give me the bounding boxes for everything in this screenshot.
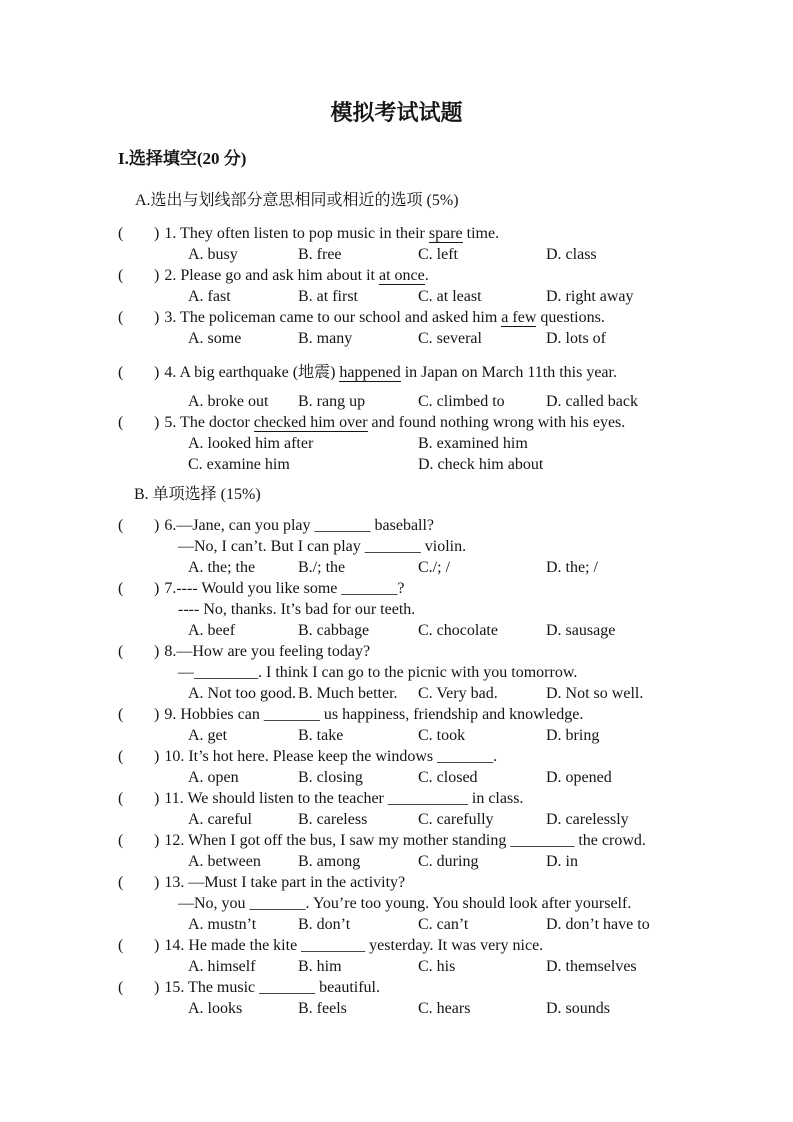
answer-bracket-open: (	[118, 872, 154, 893]
text-segment: 11. We should listen to the teacher ____…	[164, 790, 523, 807]
option-a: A. some	[188, 328, 298, 349]
option-a: A. the; the	[188, 557, 298, 578]
text-segment: 14. He made the kite ________ yesterday.…	[164, 937, 543, 954]
option-a: A. mustn’t	[188, 914, 298, 935]
question-line: ()12. When I got off the bus, I saw my m…	[118, 830, 793, 851]
answer-bracket-open: (	[118, 704, 154, 725]
question-continuation-line: —No, you _______. You’re too young. You …	[178, 893, 793, 914]
answer-bracket-open: (	[118, 265, 154, 286]
question-text: 8.—How are you feeling today?	[159, 643, 370, 660]
options-row: A. the; theB./; theC./; /D. the; /	[188, 557, 793, 578]
question-block: ()12. When I got off the bus, I saw my m…	[0, 830, 793, 872]
text-segment: 12. When I got off the bus, I saw my mot…	[164, 832, 646, 849]
option-a: A. beef	[188, 620, 298, 641]
text-segment: 5. The doctor	[164, 414, 253, 431]
option-a: A. fast	[188, 286, 298, 307]
text-segment: time.	[463, 225, 499, 242]
question-text: 12. When I got off the bus, I saw my mot…	[159, 832, 646, 849]
question-text: 11. We should listen to the teacher ____…	[159, 790, 523, 807]
option-b: B. rang up	[298, 391, 418, 412]
question-block: ()2. Please go and ask him about it at o…	[0, 265, 793, 307]
option-c: C. chocolate	[418, 620, 546, 641]
option-c: C./; /	[418, 557, 546, 578]
question-text: 13. —Must I take part in the activity?	[159, 874, 405, 891]
option-d: D. don’t have to	[546, 914, 650, 935]
question-line: ()10. It’s hot here. Please keep the win…	[118, 746, 793, 767]
answer-bracket-open: (	[118, 578, 154, 599]
question-block: ()1. They often listen to pop music in t…	[0, 223, 793, 265]
text-segment: in Japan on March 11th this year.	[401, 364, 617, 381]
part-b-questions: ()6.—Jane, can you play _______ baseball…	[0, 515, 793, 1019]
question-line: ()8.—How are you feeling today?	[118, 641, 793, 662]
option-c: C. hears	[418, 998, 546, 1019]
question-text: 10. It’s hot here. Please keep the windo…	[159, 748, 497, 765]
option-b: B. him	[298, 956, 418, 977]
text-segment: 8.—How are you feeling today?	[164, 643, 370, 660]
option-a: A. busy	[188, 244, 298, 265]
option-b: B./; the	[298, 557, 418, 578]
option-b: B. take	[298, 725, 418, 746]
question-line: ()1. They often listen to pop music in t…	[118, 223, 793, 244]
part-b-heading: B. 单项选择 (15%)	[134, 484, 793, 505]
option-b: B. at first	[298, 286, 418, 307]
answer-bracket-open: (	[118, 307, 154, 328]
text-segment: —No, I can’t. But I can play _______ vio…	[178, 538, 466, 555]
option-a: A. careful	[188, 809, 298, 830]
question-line: ()9. Hobbies can _______ us happiness, f…	[118, 704, 793, 725]
exam-title: 模拟考试试题	[0, 0, 793, 126]
option-a: A. looks	[188, 998, 298, 1019]
option-c: C. examine him	[188, 454, 418, 475]
text-segment: 2. Please go and ask him about it	[164, 267, 379, 284]
option-d: D. Not so well.	[546, 683, 643, 704]
question-line: ()4. A big earthquake (地震) happened in J…	[118, 362, 793, 383]
text-segment: 4. A big earthquake (地震)	[164, 364, 339, 381]
question-block: ()8.—How are you feeling today?—________…	[0, 641, 793, 704]
options-row: A. mustn’tB. don’tC. can’tD. don’t have …	[188, 914, 793, 935]
text-segment: 13. —Must I take part in the activity?	[164, 874, 405, 891]
question-text: 9. Hobbies can _______ us happiness, fri…	[159, 706, 583, 723]
answer-bracket-open: (	[118, 746, 154, 767]
underlined-phrase: checked him over	[254, 414, 368, 432]
text-segment: —No, you _______. You’re too young. You …	[178, 895, 631, 912]
text-segment: 1. They often listen to pop music in the…	[164, 225, 429, 242]
options-row: A. looked him afterB. examined him	[188, 433, 793, 454]
options-row: A. carefulB. carelessC. carefullyD. care…	[188, 809, 793, 830]
option-b: B. many	[298, 328, 418, 349]
section-1-heading: I.选择填空(20 分)	[118, 148, 793, 170]
option-d: D. sausage	[546, 620, 615, 641]
question-block: ()6.—Jane, can you play _______ baseball…	[0, 515, 793, 578]
option-a: A. looked him after	[188, 433, 418, 454]
option-b: B. careless	[298, 809, 418, 830]
question-block: ()14. He made the kite ________ yesterda…	[0, 935, 793, 977]
option-d: D. in	[546, 851, 578, 872]
option-c: C. Very bad.	[418, 683, 546, 704]
option-b: B. don’t	[298, 914, 418, 935]
question-block: ()5. The doctor checked him over and fou…	[0, 412, 793, 475]
part-a-heading: A.选出与划线部分意思相同或相近的选项 (5%)	[135, 190, 793, 211]
options-row: A. getB. takeC. tookD. bring	[188, 725, 793, 746]
options-row: A. fastB. at firstC. at leastD. right aw…	[188, 286, 793, 307]
underlined-phrase: a few	[501, 309, 536, 327]
option-a: A. get	[188, 725, 298, 746]
options-row: C. examine himD. check him about	[188, 454, 793, 475]
question-line: ()14. He made the kite ________ yesterda…	[118, 935, 793, 956]
text-segment: 10. It’s hot here. Please keep the windo…	[164, 748, 497, 765]
option-b: B. cabbage	[298, 620, 418, 641]
underlined-phrase: spare	[429, 225, 463, 243]
text-segment: 3. The policeman came to our school and …	[164, 309, 501, 326]
question-block: ()13. —Must I take part in the activity?…	[0, 872, 793, 935]
option-a: A. Not too good.	[188, 683, 298, 704]
question-line: ()11. We should listen to the teacher __…	[118, 788, 793, 809]
question-continuation-line: —No, I can’t. But I can play _______ vio…	[178, 536, 793, 557]
option-d: D. the; /	[546, 557, 598, 578]
question-block: ()11. We should listen to the teacher __…	[0, 788, 793, 830]
question-block: ()3. The policeman came to our school an…	[0, 307, 793, 349]
option-a: A. open	[188, 767, 298, 788]
text-segment: .	[425, 267, 429, 284]
option-d: D. bring	[546, 725, 599, 746]
options-row: A. busyB. freeC. leftD. class	[188, 244, 793, 265]
options-row: A. someB. manyC. severalD. lots of	[188, 328, 793, 349]
option-b: B. among	[298, 851, 418, 872]
answer-bracket-open: (	[118, 412, 154, 433]
option-d: D. themselves	[546, 956, 637, 977]
text-segment: 7.---- Would you like some _______?	[164, 580, 404, 597]
question-text: 5. The doctor checked him over and found…	[159, 414, 625, 431]
option-b: B. Much better.	[298, 683, 418, 704]
question-line: ()5. The doctor checked him over and fou…	[118, 412, 793, 433]
option-c: C. left	[418, 244, 546, 265]
question-text: 6.—Jane, can you play _______ baseball?	[159, 517, 434, 534]
options-row: A. Not too good.B. Much better.C. Very b…	[188, 683, 793, 704]
question-text: 3. The policeman came to our school and …	[159, 309, 605, 326]
option-b: B. closing	[298, 767, 418, 788]
option-d: D. sounds	[546, 998, 610, 1019]
answer-bracket-open: (	[118, 223, 154, 244]
options-row: A. broke outB. rang upC. climbed toD. ca…	[188, 391, 793, 412]
question-text: 2. Please go and ask him about it at onc…	[159, 267, 428, 284]
question-line: ()2. Please go and ask him about it at o…	[118, 265, 793, 286]
option-d: D. lots of	[546, 328, 606, 349]
option-b: B. feels	[298, 998, 418, 1019]
options-row: A. beefB. cabbageC. chocolateD. sausage	[188, 620, 793, 641]
exam-page: 模拟考试试题 I.选择填空(20 分) A.选出与划线部分意思相同或相近的选项 …	[0, 0, 793, 1122]
answer-bracket-open: (	[118, 830, 154, 851]
options-row: A. himselfB. himC. hisD. themselves	[188, 956, 793, 977]
option-c: C. several	[418, 328, 546, 349]
option-c: C. during	[418, 851, 546, 872]
option-d: D. check him about	[418, 454, 543, 475]
answer-bracket-open: (	[118, 935, 154, 956]
question-continuation-line: ---- No, thanks. It’s bad for our teeth.	[178, 599, 793, 620]
options-row: A. openB. closingC. closedD. opened	[188, 767, 793, 788]
options-row: A. looksB. feelsC. hearsD. sounds	[188, 998, 793, 1019]
option-c: C. carefully	[418, 809, 546, 830]
option-d: D. opened	[546, 767, 612, 788]
option-d: D. class	[546, 244, 597, 265]
text-segment: 15. The music _______ beautiful.	[164, 979, 380, 996]
underlined-phrase: happened	[339, 364, 400, 382]
part-a-questions: ()1. They often listen to pop music in t…	[0, 223, 793, 475]
question-text: 7.---- Would you like some _______?	[159, 580, 404, 597]
answer-bracket-open: (	[118, 515, 154, 536]
option-c: C. climbed to	[418, 391, 546, 412]
answer-bracket-open: (	[118, 641, 154, 662]
question-text: 14. He made the kite ________ yesterday.…	[159, 937, 543, 954]
question-block: ()4. A big earthquake (地震) happened in J…	[0, 362, 793, 412]
question-block: ()9. Hobbies can _______ us happiness, f…	[0, 704, 793, 746]
option-c: C. took	[418, 725, 546, 746]
question-block: ()10. It’s hot here. Please keep the win…	[0, 746, 793, 788]
option-c: C. closed	[418, 767, 546, 788]
text-segment: and found nothing wrong with his eyes.	[368, 414, 626, 431]
text-segment: —________. I think I can go to the picni…	[178, 664, 577, 681]
question-line: ()15. The music _______ beautiful.	[118, 977, 793, 998]
option-a: A. between	[188, 851, 298, 872]
underlined-phrase: at once	[379, 267, 425, 285]
option-c: C. his	[418, 956, 546, 977]
option-d: D. right away	[546, 286, 634, 307]
answer-bracket-open: (	[118, 362, 154, 383]
question-text: 4. A big earthquake (地震) happened in Jap…	[159, 364, 617, 381]
option-d: D. carelessly	[546, 809, 629, 830]
option-c: C. can’t	[418, 914, 546, 935]
option-b: B. free	[298, 244, 418, 265]
option-b: B. examined him	[418, 433, 528, 454]
question-text: 15. The music _______ beautiful.	[159, 979, 380, 996]
text-segment: 9. Hobbies can _______ us happiness, fri…	[164, 706, 583, 723]
option-a: A. broke out	[188, 391, 298, 412]
answer-bracket-open: (	[118, 788, 154, 809]
option-d: D. called back	[546, 391, 638, 412]
question-block: ()7.---- Would you like some _______?---…	[0, 578, 793, 641]
question-line: ()13. —Must I take part in the activity?	[118, 872, 793, 893]
option-c: C. at least	[418, 286, 546, 307]
question-continuation-line: —________. I think I can go to the picni…	[178, 662, 793, 683]
question-block: ()15. The music _______ beautiful.A. loo…	[0, 977, 793, 1019]
question-text: 1. They often listen to pop music in the…	[159, 225, 499, 242]
options-row: A. betweenB. amongC. duringD. in	[188, 851, 793, 872]
text-segment: 6.—Jane, can you play _______ baseball?	[164, 517, 434, 534]
question-line: ()7.---- Would you like some _______?	[118, 578, 793, 599]
text-segment: questions.	[536, 309, 604, 326]
answer-bracket-open: (	[118, 977, 154, 998]
option-a: A. himself	[188, 956, 298, 977]
question-line: ()6.—Jane, can you play _______ baseball…	[118, 515, 793, 536]
question-line: ()3. The policeman came to our school an…	[118, 307, 793, 328]
text-segment: ---- No, thanks. It’s bad for our teeth.	[178, 601, 415, 618]
